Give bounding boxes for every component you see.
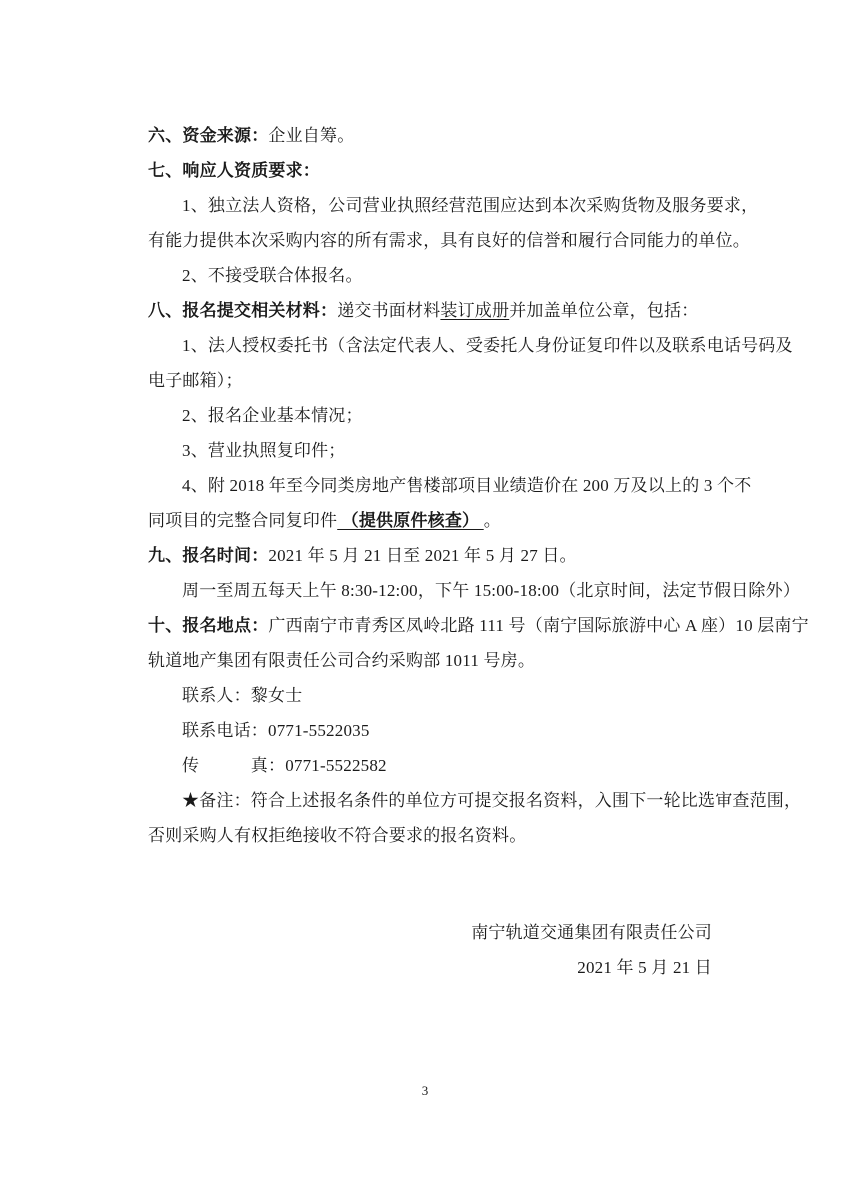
line-material-1b: 电子邮箱）； — [148, 363, 734, 398]
text-segment: 2、不接受联合体报名。 — [182, 266, 363, 285]
section-10-label: 十、报名地点： — [148, 616, 268, 635]
section-6-label: 六、资金来源： — [148, 126, 268, 145]
text-segment: 电子邮箱）； — [148, 371, 243, 390]
text-segment: 1、独立法人资格，公司营业执照经营范围应达到本次采购货物及服务要求， — [182, 196, 758, 215]
line-qual-item-1b: 有能力提供本次采购内容的所有需求，具有良好的信誉和履行合同能力的单位。 — [148, 223, 734, 258]
text-segment: 并加盖单位公章，包括： — [509, 301, 698, 320]
text-segment: 4、附 2018 年至今同类房地产售楼部项目业绩造价在 200 万及以上的 3 … — [182, 476, 751, 495]
text-segment: 轨道地产集团有限责任公司合约采购部 1011 号房。 — [148, 651, 535, 670]
text-segment: 2021 年 5 月 21 日至 2021 年 5 月 27 日。 — [268, 546, 576, 565]
text-segment: ★备注：符合上述报名条件的单位方可提交报名资料，入围下一轮比选审查范围， — [182, 791, 801, 810]
signature-date: 2021 年 5 月 21 日 — [471, 950, 712, 985]
line-fax: 传 真：0771-5522582 — [148, 748, 734, 783]
signature-block: 南宁轨道交通集团有限责任公司 2021 年 5 月 21 日 — [471, 915, 712, 985]
line-note-b: 否则采购人有权拒绝接收不符合要求的报名资料。 — [148, 818, 734, 853]
text-segment: 南宁轨道交通集团有限责任公司 — [471, 923, 712, 942]
page-number: 3 — [0, 1082, 850, 1100]
line-contact-phone: 联系电话：0771-5522035 — [148, 713, 734, 748]
line-location-b: 轨道地产集团有限责任公司合约采购部 1011 号房。 — [148, 643, 734, 678]
line-section-7-qualifications: 七、响应人资质要求： — [148, 153, 734, 188]
line-material-4a: 4、附 2018 年至今同类房地产售楼部项目业绩造价在 200 万及以上的 3 … — [148, 468, 734, 503]
text-segment: 。 — [484, 511, 501, 530]
line-section-8-materials: 八、报名提交相关材料：递交书面材料装订成册并加盖单位公章，包括： — [148, 293, 734, 328]
line-material-2: 2、报名企业基本情况； — [148, 398, 734, 433]
document-body: 六、资金来源：企业自筹。 七、响应人资质要求： 1、独立法人资格，公司营业执照经… — [148, 118, 734, 853]
line-section-10-location-a: 十、报名地点：广西南宁市青秀区凤岭北路 111 号（南宁国际旅游中心 A 座）1… — [148, 608, 734, 643]
text-segment: 联系电话：0771-5522035 — [182, 721, 370, 740]
text-segment: 递交书面材料 — [337, 301, 440, 320]
section-7-label: 七、响应人资质要求： — [148, 161, 320, 180]
section-9-label: 九、报名时间： — [148, 546, 268, 565]
text-segment: 企业自筹。 — [268, 126, 354, 145]
text-segment: 广西南宁市青秀区凤岭北路 111 号（南宁国际旅游中心 A 座）10 层南宁 — [268, 616, 808, 635]
text-segment: 否则采购人有权拒绝接收不符合要求的报名资料。 — [148, 826, 526, 845]
line-qual-item-1a: 1、独立法人资格，公司营业执照经营范围应达到本次采购货物及服务要求， — [148, 188, 734, 223]
line-section-9-time: 九、报名时间：2021 年 5 月 21 日至 2021 年 5 月 27 日。 — [148, 538, 734, 573]
text-segment: 2、报名企业基本情况； — [182, 406, 363, 425]
text-segment: 3、营业执照复印件； — [182, 441, 346, 460]
line-qual-item-2: 2、不接受联合体报名。 — [148, 258, 734, 293]
line-material-4b: 同项目的完整合同复印件 （提供原件核查） 。 — [148, 503, 734, 538]
text-segment: 1、法人授权委托书（含法定代表人、受委托人身份证复印件以及联系电话号码及 — [182, 336, 793, 355]
text-segment: 周一至周五每天上午 8:30-12:00，下午 15:00-18:00（北京时间… — [182, 581, 800, 600]
signature-company: 南宁轨道交通集团有限责任公司 — [471, 915, 712, 950]
text-segment: 联系人：黎女士 — [182, 686, 302, 705]
text-segment: 2021 年 5 月 21 日 — [577, 958, 712, 977]
line-contact-person: 联系人：黎女士 — [148, 678, 734, 713]
section-8-label: 八、报名提交相关材料： — [148, 301, 337, 320]
line-material-3: 3、营业执照复印件； — [148, 433, 734, 468]
underlined-text: 装订成册 — [440, 301, 509, 320]
bold-underlined-text: （提供原件核查） — [337, 511, 484, 530]
text-segment: 有能力提供本次采购内容的所有需求，具有良好的信誉和履行合同能力的单位。 — [148, 231, 750, 250]
line-time-detail: 周一至周五每天上午 8:30-12:00，下午 15:00-18:00（北京时间… — [148, 573, 734, 608]
line-note-a: ★备注：符合上述报名条件的单位方可提交报名资料，入围下一轮比选审查范围， — [148, 783, 734, 818]
line-section-6-funding: 六、资金来源：企业自筹。 — [148, 118, 734, 153]
line-material-1a: 1、法人授权委托书（含法定代表人、受委托人身份证复印件以及联系电话号码及 — [148, 328, 734, 363]
document-page: 六、资金来源：企业自筹。 七、响应人资质要求： 1、独立法人资格，公司营业执照经… — [0, 0, 850, 1199]
text-segment: 同项目的完整合同复印件 — [148, 511, 337, 530]
text-segment: 传 真：0771-5522582 — [182, 756, 387, 775]
